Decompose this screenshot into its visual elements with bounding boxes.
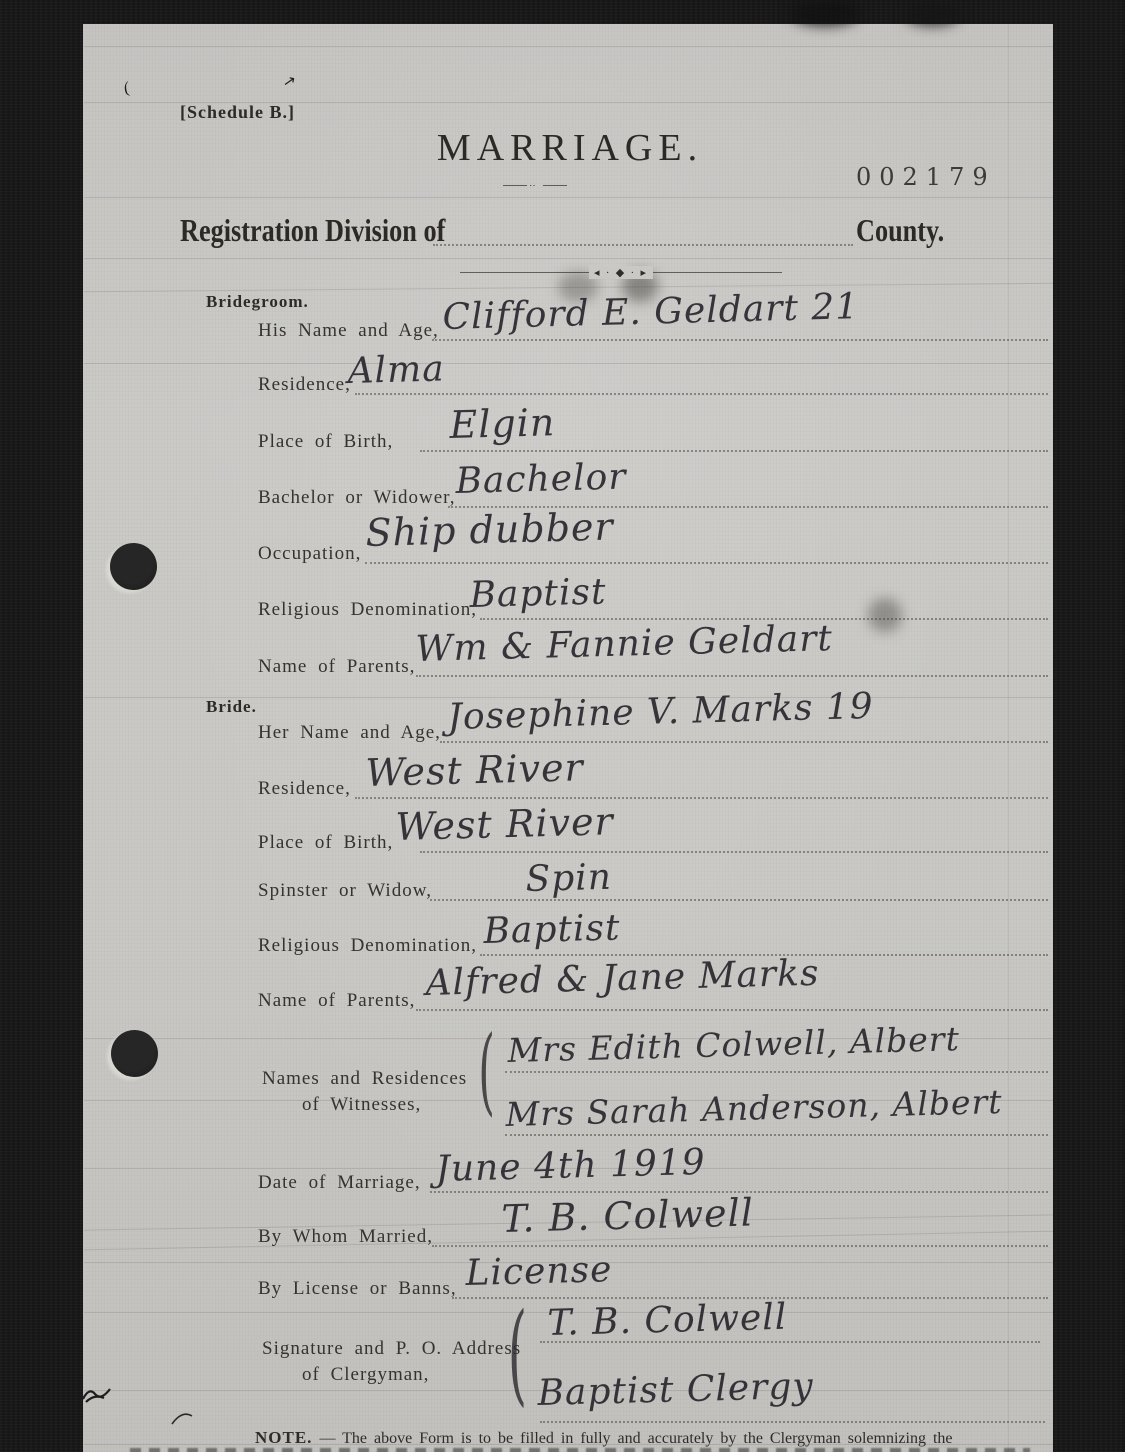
- field-value: Baptist: [469, 574, 607, 614]
- serial-number: 002179: [856, 163, 996, 191]
- form-note: NOTE. — The above Form is to be filled i…: [255, 1428, 1055, 1448]
- dotted-line: [416, 1009, 1048, 1011]
- dotted-line: [505, 1134, 1048, 1136]
- field-value: License: [465, 1252, 613, 1292]
- dotted-line: [432, 1245, 1048, 1247]
- ink-smudge: [868, 598, 902, 632]
- field-label: By Whom Married,: [258, 1226, 433, 1248]
- section-header-bride: Bride.: [206, 697, 257, 717]
- ledger-line: [84, 46, 1053, 47]
- note-label: NOTE.: [255, 1428, 312, 1447]
- field-label: Religious Denomination,: [258, 599, 477, 621]
- witnesses-label-line2: of Witnesses,: [302, 1094, 421, 1116]
- clergyman-label-line1: Signature and P. O. Address: [262, 1338, 521, 1360]
- ledger-line: [84, 258, 1053, 259]
- field-value: Ship dubber: [365, 508, 614, 552]
- section-divider-ornament: ◂ ∙ ◆ ∙ ▸: [460, 266, 782, 280]
- ink-scribble: [170, 1408, 196, 1430]
- witnesses-brace: (: [478, 1024, 495, 1119]
- dotted-line: [540, 1341, 1040, 1343]
- ledger-line: [84, 197, 1053, 198]
- county-label: County.: [856, 212, 944, 249]
- registration-prefix: Registration Division of: [180, 212, 445, 249]
- field-label: Occupation,: [258, 543, 361, 565]
- scanned-marriage-record: ↗ ( [Schedule B.] MARRIAGE. ‥ 002179 Reg…: [0, 0, 1125, 1452]
- dotted-line: [540, 1421, 1045, 1423]
- field-value: West River: [395, 802, 614, 846]
- divider-line: [543, 185, 567, 186]
- field-value: West River: [365, 748, 584, 792]
- witnesses-label-line1: Names and Residences: [262, 1068, 467, 1090]
- cropped-text-strip: [130, 1448, 1030, 1452]
- field-label: Residence,: [258, 374, 351, 396]
- ink-smudge: [790, 0, 860, 26]
- dotted-line: [420, 851, 1048, 853]
- field-value: Alma: [347, 351, 445, 390]
- field-value: Bachelor: [455, 460, 627, 500]
- field-label: Residence,: [258, 778, 351, 800]
- hole-punch: [110, 543, 157, 590]
- ornament-diamond: ◂ ∙ ◆ ∙ ▸: [589, 266, 653, 279]
- dotted-line: [416, 675, 1048, 677]
- field-value: Baptist: [483, 910, 621, 950]
- field-value: Spin: [525, 860, 612, 898]
- field-label: Religious Denomination,: [258, 935, 477, 957]
- field-value: Alfred & Jane Marks: [425, 956, 820, 1002]
- note-text: — The above Form is to be filled in full…: [319, 1430, 952, 1447]
- divider-dots: ‥: [529, 178, 537, 189]
- ink-smudge: [905, 4, 960, 26]
- dotted-line: [433, 244, 853, 246]
- clergyman-brace: (: [508, 1298, 527, 1408]
- field-value: June 4th 1919: [435, 1145, 706, 1188]
- document-title: MARRIAGE.: [415, 126, 725, 170]
- section-header-bridegroom: Bridegroom.: [206, 292, 309, 312]
- clergyman-address: Baptist Clergy: [537, 1369, 814, 1412]
- ledger-line: [84, 363, 1053, 364]
- dotted-line: [420, 450, 1048, 452]
- dotted-line: [432, 339, 1048, 341]
- clergyman-signature: T. B. Colwell: [547, 1300, 788, 1342]
- fold-line: [1008, 24, 1009, 1452]
- field-label: Bachelor or Widower,: [258, 487, 455, 509]
- field-label: Her Name and Age,: [258, 722, 441, 744]
- field-label: Date of Marriage,: [258, 1172, 421, 1194]
- dotted-line: [365, 562, 1048, 564]
- clergyman-label-line2: of Clergyman,: [302, 1364, 429, 1386]
- dotted-line: [430, 899, 1048, 901]
- field-value: Elgin: [449, 403, 556, 444]
- ink-scribble: [80, 1382, 114, 1406]
- dotted-line: [355, 797, 1048, 799]
- field-label: His Name and Age,: [258, 320, 439, 342]
- hole-punch: [111, 1030, 158, 1077]
- schedule-label: [Schedule B.]: [180, 102, 295, 123]
- dotted-line: [440, 741, 1048, 743]
- field-label: Spinster or Widow,: [258, 880, 432, 902]
- title-divider: ‥: [503, 180, 567, 190]
- field-value: T. B. Colwell: [501, 1193, 754, 1238]
- dotted-line: [505, 1071, 1048, 1073]
- field-label: Name of Parents,: [258, 656, 415, 678]
- field-label: Place of Birth,: [258, 832, 393, 854]
- divider-line: [503, 185, 527, 186]
- field-label: By License or Banns,: [258, 1278, 457, 1300]
- field-label: Name of Parents,: [258, 990, 415, 1012]
- dotted-line: [355, 393, 1048, 395]
- field-label: Place of Birth,: [258, 431, 393, 453]
